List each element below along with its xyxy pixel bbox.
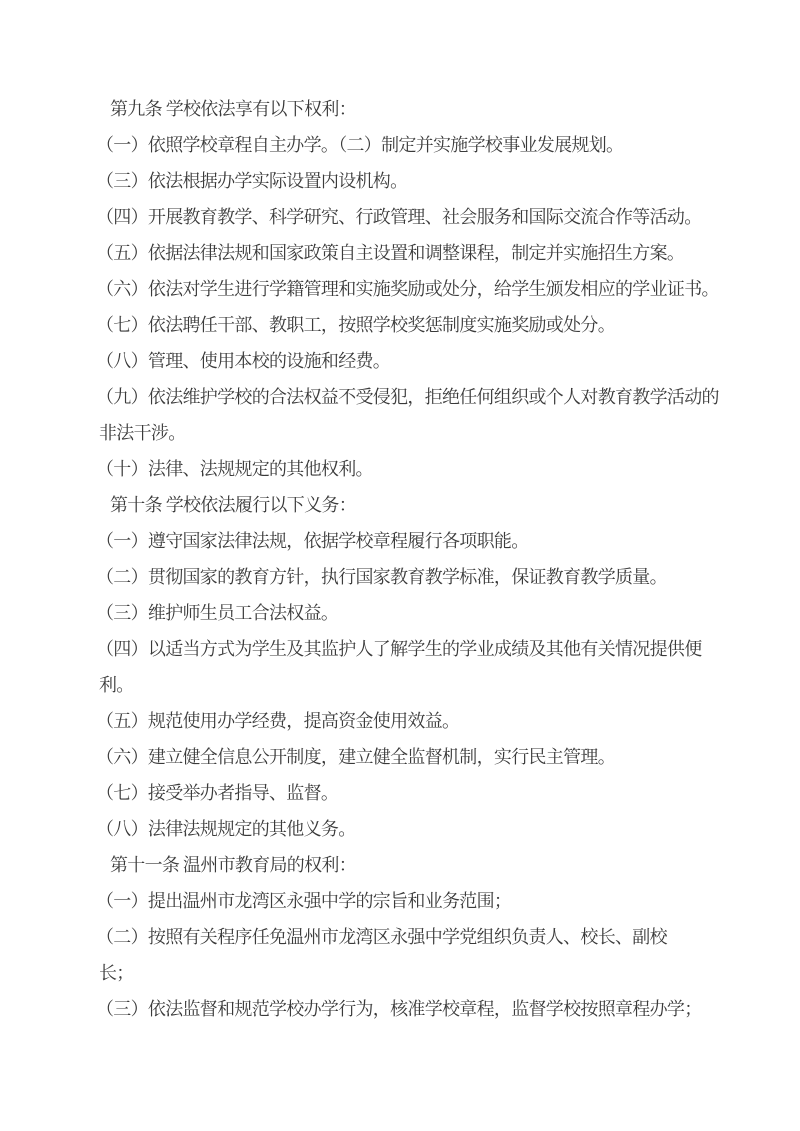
article-item: （六）建立健全信息公开制度，建立健全监督机制，实行民主管理。 xyxy=(96,739,800,775)
article-item: （八）管理、使用本校的设施和经费。 xyxy=(96,343,800,379)
article-heading: 第九条 学校依法享有以下权利： xyxy=(110,91,800,127)
document-page: 第九条 学校依法享有以下权利： （一）依照学校章程自主办学。（二）制定并实施学校… xyxy=(0,0,800,1131)
article-item: （二）按照有关程序任免温州市龙湾区永强中学党组织负责人、校长、副校 xyxy=(96,919,800,955)
article-item: （三）依法监督和规范学校办学行为，核准学校章程，监督学校按照章程办学； xyxy=(96,991,800,1027)
article-item: （四）开展教育教学、科学研究、行政管理、社会服务和国际交流合作等活动。 xyxy=(96,199,800,235)
article-item: （三）维护师生员工合法权益。 xyxy=(96,595,800,631)
article-item-wrap: 非法干涉。 xyxy=(99,415,800,451)
article-item: （八）法律法规规定的其他义务。 xyxy=(96,811,800,847)
article-item: （二）贯彻国家的教育方针，执行国家教育教学标准，保证教育教学质量。 xyxy=(96,559,800,595)
article-item-wrap: 利。 xyxy=(99,667,800,703)
article-item: （一）依照学校章程自主办学。（二）制定并实施学校事业发展规划。 xyxy=(96,127,800,163)
article-item: （十）法律、法规规定的其他权利。 xyxy=(96,451,800,487)
article-item: （一）遵守国家法律法规，依据学校章程履行各项职能。 xyxy=(96,523,800,559)
article-item: （五）规范使用办学经费，提高资金使用效益。 xyxy=(96,703,800,739)
article-item: （七）接受举办者指导、监督。 xyxy=(96,775,800,811)
article-item: （三）依法根据办学实际设置内设机构。 xyxy=(96,163,800,199)
article-item: （一）提出温州市龙湾区永强中学的宗旨和业务范围； xyxy=(96,883,800,919)
article-heading: 第十一条 温州市教育局的权利： xyxy=(110,847,800,883)
article-item: （四）以适当方式为学生及其监护人了解学生的学业成绩及其他有关情况提供便 xyxy=(96,631,800,667)
article-item-wrap: 长； xyxy=(99,955,800,991)
article-item: （七）依法聘任干部、教职工，按照学校奖惩制度实施奖励或处分。 xyxy=(96,307,800,343)
article-heading: 第十条 学校依法履行以下义务： xyxy=(110,487,800,523)
article-item: （五）依据法律法规和国家政策自主设置和调整课程，制定并实施招生方案。 xyxy=(96,235,800,271)
article-item: （六）依法对学生进行学籍管理和实施奖励或处分，给学生颁发相应的学业证书。 xyxy=(96,271,800,307)
article-item: （九）依法维护学校的合法权益不受侵犯，拒绝任何组织或个人对教育教学活动的 xyxy=(96,379,800,415)
